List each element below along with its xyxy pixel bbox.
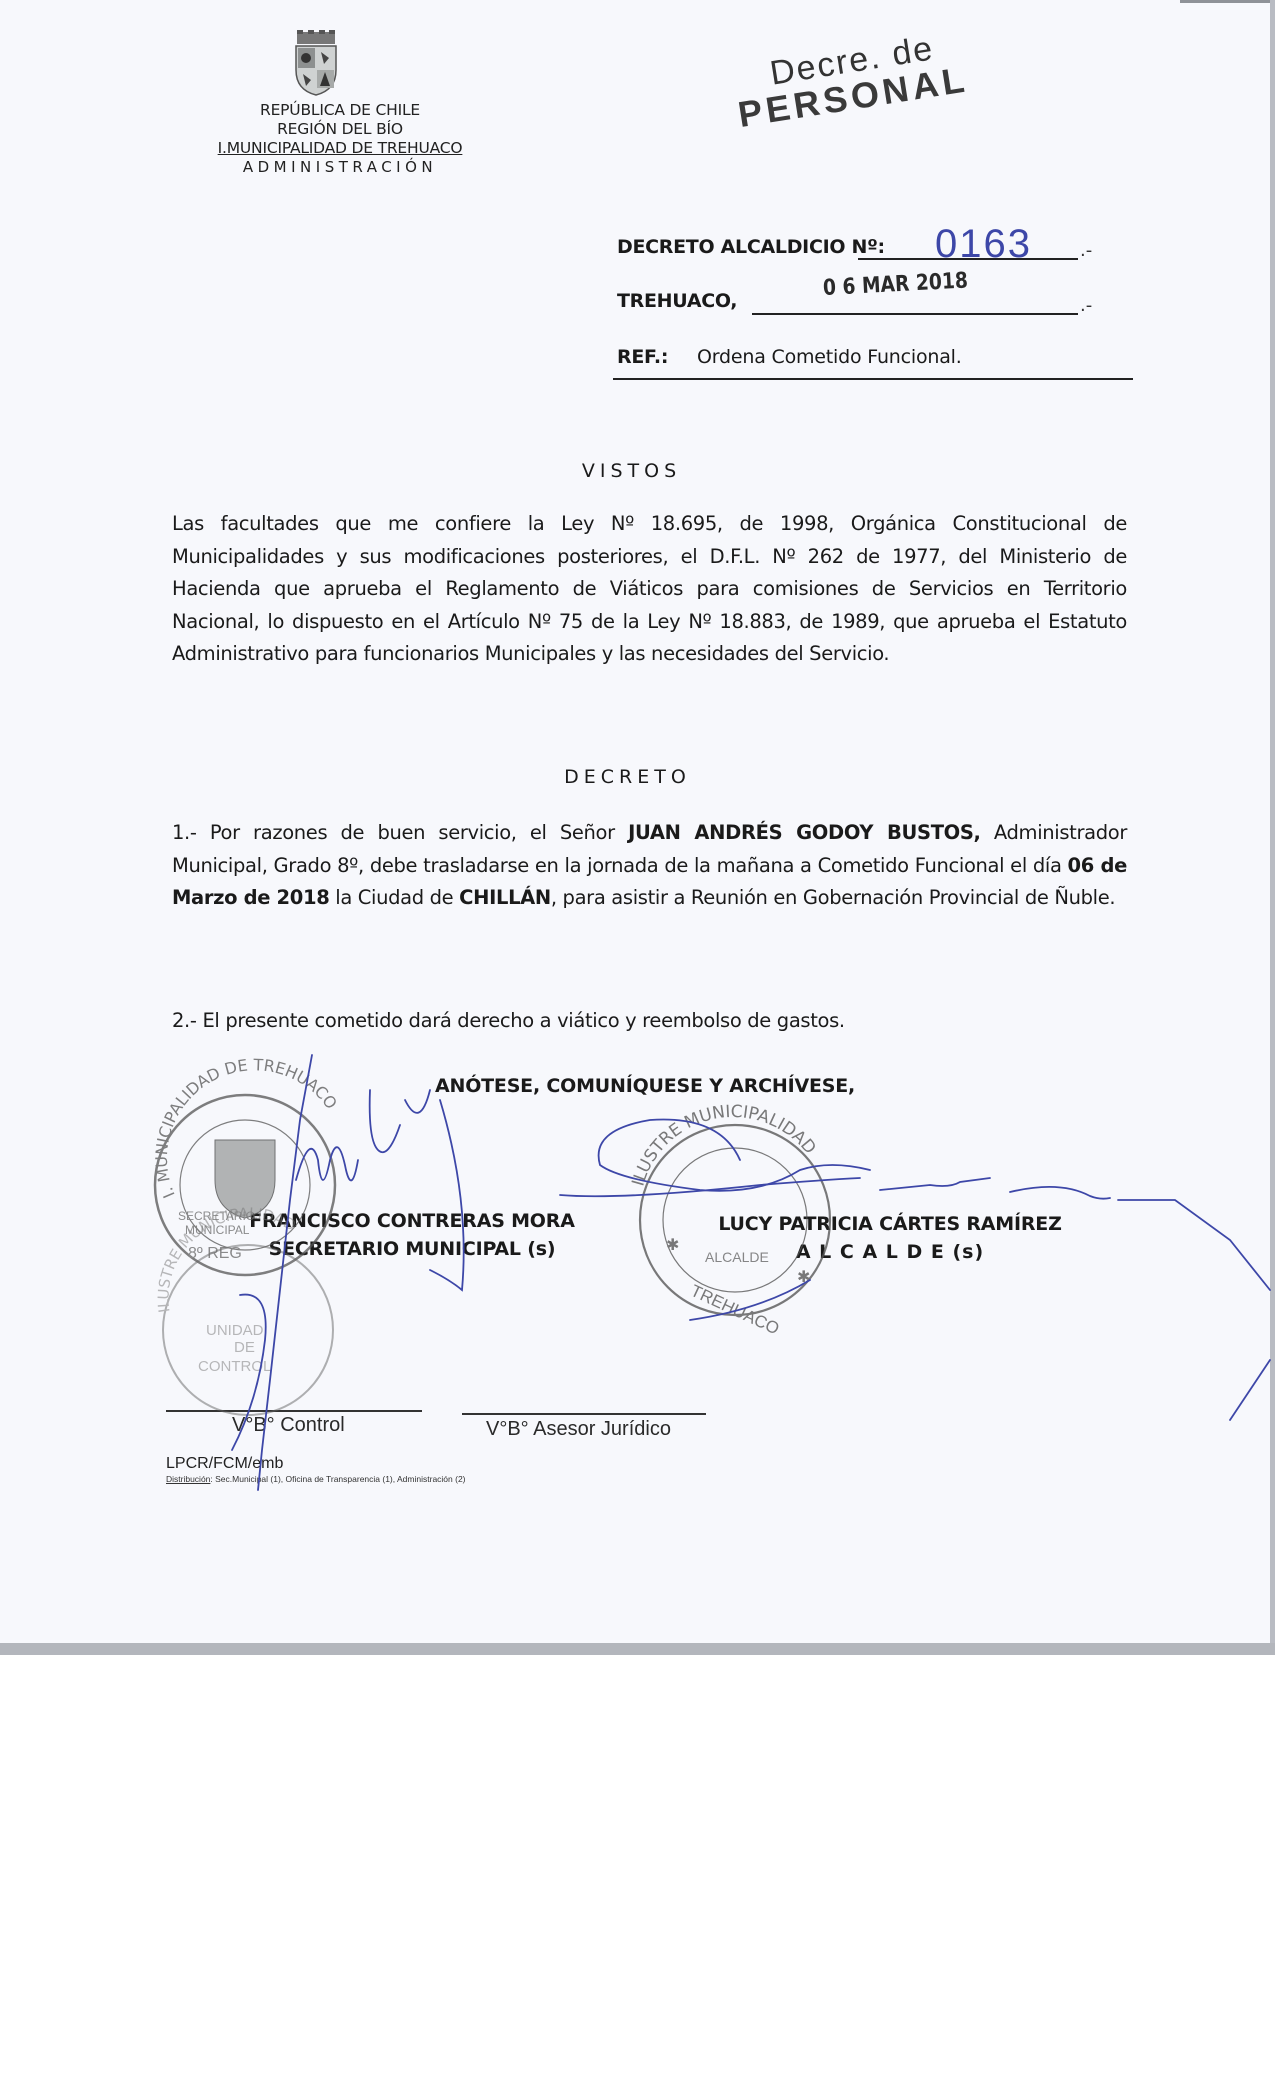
- distribution-label: Distribución: [166, 1474, 210, 1484]
- decreto-item-1: 1.- Por razones de buen servicio, el Señ…: [172, 817, 1127, 915]
- place-label: TREHUACO,: [617, 290, 737, 312]
- header-municipality: I.MUNICIPALIDAD DE TREHUACO: [200, 139, 480, 158]
- destination-city: CHILLÁN: [459, 886, 551, 909]
- decree-number-value: 0163: [935, 222, 1032, 267]
- coat-of-arms-icon: [291, 30, 341, 96]
- header-department: ADMINISTRACIÓN: [200, 158, 480, 177]
- signatory-1-name: FRANCISCO CONTRERAS MORA: [222, 1210, 602, 1232]
- distribution-text: : Sec.Municipal (1), Oficina de Transpar…: [210, 1474, 465, 1484]
- header-region: REGIÓN DEL BÍO: [200, 120, 480, 139]
- signatory-2-name: LUCY PATRICIA CÁRTES RAMÍREZ: [700, 1213, 1080, 1235]
- signatory-2-role: A L C A L D E (s): [700, 1241, 1080, 1263]
- ref-rule: [613, 378, 1133, 380]
- scan-edge-right: [1270, 0, 1275, 1650]
- legal-approval-label: V°B° Asesor Jurídico: [486, 1418, 671, 1441]
- item1-text-c: la Ciudad de: [329, 886, 459, 909]
- header-country: REPÚBLICA DE CHILE: [200, 101, 480, 120]
- date-suffix: .-: [1080, 295, 1092, 316]
- decree-number-suffix: .-: [1080, 240, 1092, 261]
- date-underline: [752, 313, 1078, 315]
- item1-text-d: , para asistir a Reunión en Gobernación …: [551, 886, 1115, 909]
- signatory-1-role: SECRETARIO MUNICIPAL (s): [222, 1238, 602, 1260]
- decreto-title: DECRETO: [0, 766, 1265, 788]
- ref-value: Ordena Cometido Funcional.: [697, 346, 962, 368]
- vistos-title: VISTOS: [0, 460, 1269, 482]
- legal-approval-line: [462, 1413, 706, 1415]
- official-name: JUAN ANDRÉS GODOY BUSTOS,: [628, 821, 981, 844]
- scan-bottom-edge: [0, 1643, 1275, 1655]
- ref-label: REF.:: [617, 346, 668, 368]
- item1-text-a: 1.- Por razones de buen servicio, el Señ…: [172, 821, 628, 844]
- decreto-item-2: 2.- El presente cometido dará derecho a …: [172, 1005, 1127, 1038]
- decree-number-label: DECRETO ALCALDICIO Nº:: [617, 236, 885, 258]
- distribution-list: Distribución: Sec.Municipal (1), Oficina…: [166, 1474, 466, 1484]
- scan-edge-top: [1180, 0, 1275, 3]
- author-initials: LPCR/FCM/emb: [166, 1455, 283, 1473]
- vistos-text: Las facultades que me confiere la Ley Nº…: [172, 508, 1127, 671]
- control-approval-label: V°B° Control: [232, 1414, 345, 1437]
- closing-formula: ANÓTESE, COMUNÍQUESE Y ARCHÍVESE,: [435, 1075, 855, 1097]
- control-approval-line: [166, 1410, 422, 1412]
